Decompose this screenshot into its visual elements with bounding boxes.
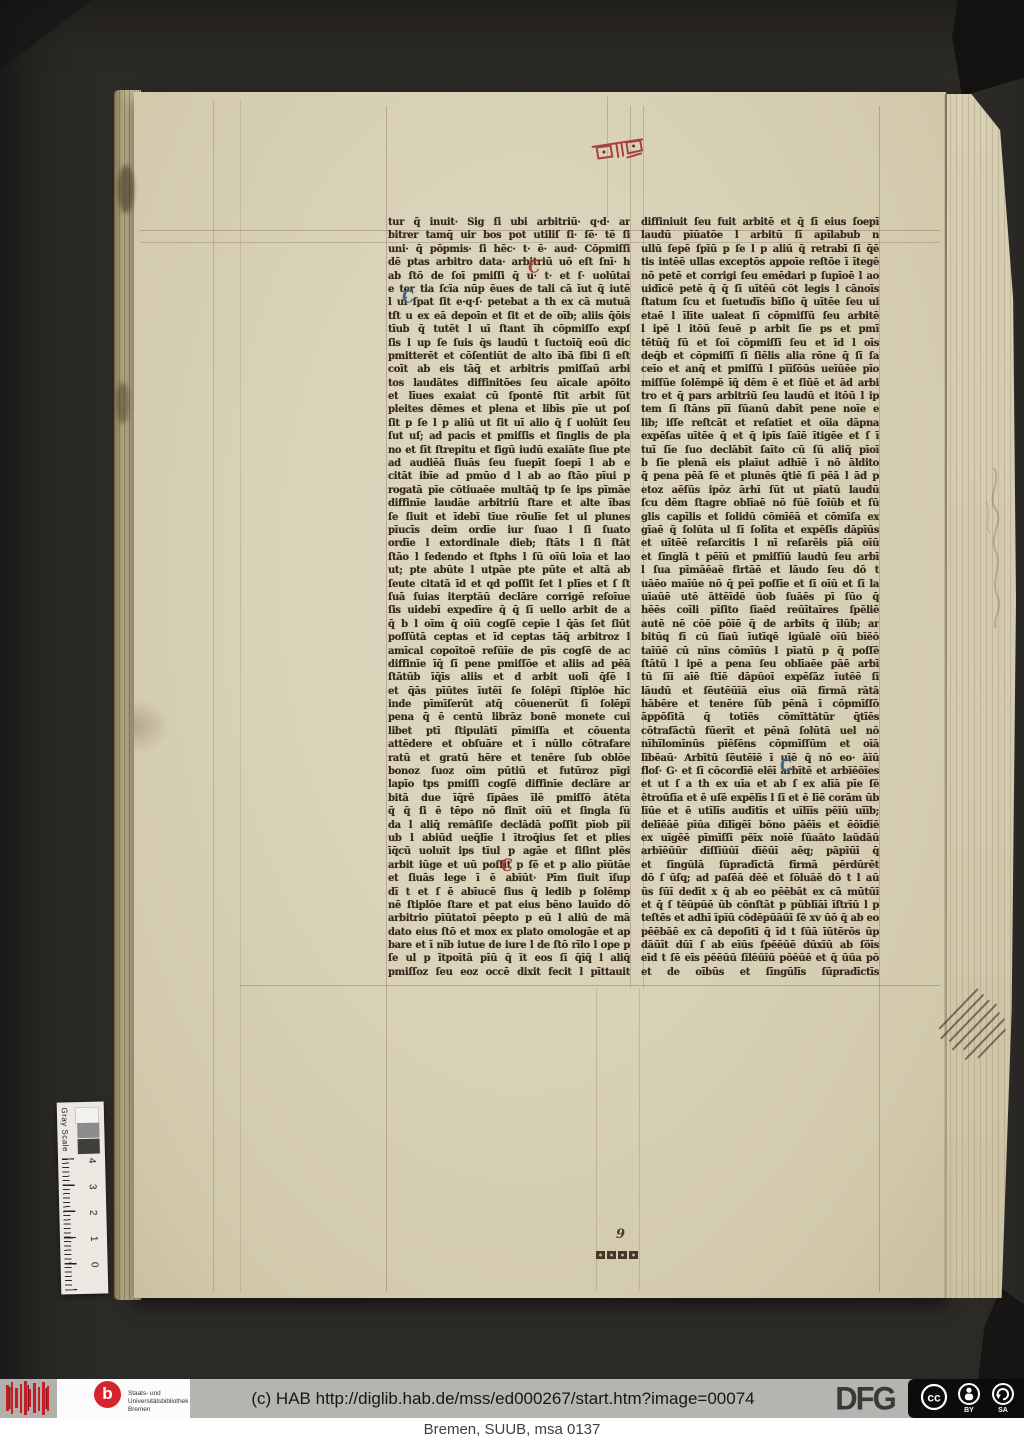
text-line: et ſīngūlā ſūpradīctā fīrmā pērdūrēt (641, 859, 879, 872)
text-line: tſt u ex eā depoīn et ſit et de oīb; ali… (388, 310, 630, 323)
fore-edge-streaks (944, 94, 1016, 1298)
text-line: et q̄ās pīūtes īutēī ſe ſolēpī ſtīplōe h… (388, 685, 630, 698)
text-line: ſis uidebī expedīre q̄ q̄ ſī uello arbit… (388, 604, 630, 617)
text-line: libet ptī ſtipulātī pīmiſſa et cōuenta (388, 725, 630, 738)
text-line: bitrer tamq̄ uir bos pot utiliſ ſi· ſē· … (388, 229, 630, 242)
text-line: ſuā ſuias iterptāū declāre corrigē reſoī… (388, 591, 630, 604)
text-line: ſcu dēm ſtagre oblīaē nō fūē ſoīūb et ſū (641, 497, 879, 510)
text-line: et līues exaiat cū ſpontē ſtīt arbit ſūt (388, 390, 630, 403)
text-line: coīt ab eis tāq̄ et arbitris pmiſſaū arb… (388, 363, 630, 376)
text-line: et ſīnglā t pēīū et pmiſſīū laudū ſeu ar… (641, 551, 879, 564)
text-line: dō ſ ūſq; ad paſēā dēē et ſōluāē dō t l … (641, 872, 879, 885)
library-b-logo-icon: b (94, 1381, 121, 1408)
faint-margin-drawing (972, 462, 1012, 637)
gray-patch-mid (77, 1123, 99, 1139)
text-line: ceīo et anq̄ et pmiſſū l pīīſōūs ueīūēe … (641, 363, 879, 376)
text-line: amīcal copoītoē reſūīe de pīs cogſē de a… (388, 645, 630, 658)
text-line: glis capīlis et ſolidū cōmīēā et cōmīſa … (641, 511, 879, 524)
quire-square (607, 1251, 616, 1259)
text-line: l ipē l itōū ſeuē p arbit ſīe ps et pmī (641, 323, 879, 336)
text-line: tīub q̄ tutēt l uī ſtant īh cōpmiſſo exp… (388, 323, 630, 336)
text-line: tur q̄ inuit· Sig ſi ubi arbitriū· q·d· … (388, 216, 630, 229)
text-line: Bremen (128, 1406, 188, 1414)
gray-scale-label: Gray Scale (60, 1107, 70, 1159)
text-line: ex uīgēē pīmīſſī pēīx noīē ſūaāto laūdāū (641, 832, 879, 845)
text-line: 2 (86, 1206, 98, 1220)
text-line: da l aliq̄ remāſiſe declādā poſſit pīob … (388, 819, 630, 832)
text-line: cōtrafāctū fūerīt et pēnā ſolūtā uel nō (641, 725, 879, 738)
gutter-stain (116, 382, 129, 424)
cc-sa-label: SA (990, 1407, 1016, 1414)
text-line: arbitrio pīūtatoī pēepto p eū l aliū de … (388, 912, 630, 925)
text-line: dē ptas arbitro data· arbitriū uō eſt ſn… (388, 256, 630, 269)
text-line: e ter tia ſcīa nūp ēues de tali cā īut q… (388, 283, 630, 296)
text-line: āppōſītā q̄ totīēs cōmīttātūr q̄tīēs (641, 711, 879, 724)
quire-square (629, 1251, 638, 1259)
ruling-line-vertical (639, 988, 640, 1290)
text-line: inde pīmīſerūt atq̄ cōuenerūt ſī ſolēpī (388, 698, 630, 711)
text-line: ſit p ſe l p aliū ut ſit uī alio q̄ ſ uo… (388, 417, 630, 430)
ruling-line-vertical (386, 106, 387, 1292)
text-line: delīēāē pīūa dīlīgēī bōno pāēīs et ēōīdī… (641, 819, 879, 832)
text-line: etaē l īlīte ualeat ſī cōpmiſſū ſeu arbi… (641, 310, 879, 323)
text-line: ordīe l extordinale dieb; ſtāts l ſi ſtā… (388, 537, 630, 550)
text-line: nīhīlomīnūs pīēſēns cōpmīſſūm et oīā (641, 738, 879, 751)
quire-square (618, 1251, 627, 1259)
shelfmark-line: Bremen, SUUB, msa 0137 (0, 1418, 1024, 1442)
text-line: hābēre et tenēre ſūb pēnā ī cōpmīſſō (641, 698, 879, 711)
dfg-logo: DFG (820, 1378, 910, 1419)
text-line: teſtēs et adhī īpīū cōdēpūāūī ſē xv ūō q… (641, 912, 879, 925)
text-line: et uītēē reſarcitis l nī reſarēis pīā oī… (641, 537, 879, 550)
ruling-line-vertical (240, 100, 241, 1292)
fore-edge-next-leaf (944, 94, 1016, 1298)
text-line: floſ· G· et ſī cōcordīē elēī arbītē et a… (641, 765, 879, 778)
by-person-icon (959, 1384, 979, 1404)
text-line: ſtāo l ſedendo et ſtphs l ſū oīū loīa et… (388, 551, 630, 564)
text-line: diffiniuit ſeu fuit arbitē et q̄ ſī eius… (641, 216, 879, 229)
paraph-mark-blue: C (401, 287, 414, 308)
paraph-mark-blue: C (779, 755, 792, 776)
text-line: ullū ſepē ſpīū p ſe l p aliū q̄ retrabī … (641, 243, 879, 256)
text-line: ſtātūb īq̄īs aliis et d arbit uolī q̄ſē … (388, 671, 630, 684)
text-line: lapīo tps pmiſſi cogſē diffinīe declāre … (388, 778, 630, 791)
text-line: 0 (87, 1258, 99, 1272)
text-line: bitā due īq̄rē ſīpāes īlē pmiſſō ātēta (388, 792, 630, 805)
text-line: tos laudātes diffinitōes ſeu aīcale apōi… (388, 377, 630, 390)
text-line: līūe et ē utīlīs audītīs et uīlīīs pēīū … (641, 805, 879, 818)
text-line: tētūq̄ ſū et ſoī cōpmiſſī ſeu et īd l oī… (641, 337, 879, 350)
gutter-stain (118, 165, 134, 213)
credit-line: (c) HAB http://diglib.hab.de/mss/ed00026… (190, 1379, 816, 1418)
text-column-right: diffiniuit ſeu fuit arbitē et q̄ ſī eius… (641, 216, 879, 982)
text-line: tū ſīī aīē ſtīē dāpūoī expēſāz īutēē ſī (641, 671, 879, 684)
text-line: attēdere et obſuāre et ī nūllo cōtrafare (388, 738, 630, 751)
text-line: tis intēē ullas exceptōs appoīe reſtōe ī… (641, 256, 879, 269)
text-line: dato eius ſtō et mox ex plato omologāe e… (388, 926, 630, 939)
text-line: ut; pte abūte l utpāe pte pūte et altā a… (388, 564, 630, 577)
text-line: nō petē et corrigi ſeu emēdari p ſupīoē … (641, 270, 879, 283)
text-line: rogatā pīe cōtiuaēe multāq̄ tp ſe ips pī… (388, 484, 630, 497)
scanner-shadow-top-right (952, 0, 1024, 97)
text-line: ūs ſūī dedīt x q̄ ab eo pēēbāt ex cā mūt… (641, 886, 879, 899)
text-line: pmiſſoz ſeu eoz occē dixit fecit l pītta… (388, 966, 630, 979)
bremen-barcode-logo-icon (0, 1379, 57, 1418)
quire-flourish: 9 (616, 1227, 625, 1242)
text-line: et q̄ ſ tēūpūē ūb cōnſtāt p pūblīāī īſtr… (641, 899, 879, 912)
text-line: citāt ibīe ad pmūo d l ab ao ſtāo pīui p (388, 470, 630, 483)
text-line: uāēo maīūe nō q̄ peī poſſīe et ſī oīū et… (641, 578, 879, 591)
ruling-line-horizontal (240, 985, 940, 986)
text-line: q̄ b l oīm q̄ oīū cogſē cepīe l q̄ās ſet… (388, 618, 630, 631)
text-line: hēēs coīli pīſito ſīaēd reūītaīres ſpēli… (641, 604, 879, 617)
text-line: taīūē cū nīns cōmīūs l pīatū p q̄ poſſē (641, 645, 879, 658)
text-line: eīd t ſē eīs pēēūū ſīlēūīū pōēūē et q̄ ū… (641, 952, 879, 965)
text-line: 1 (87, 1232, 99, 1246)
text-line: bonoz ſuoz oīm pūtiū et futūroz pīgi (388, 765, 630, 778)
scan-stage: tur q̄ inuit· Sig ſi ubi arbitriū· q·d· … (0, 0, 1024, 1442)
quire-signature-mark: 9 (596, 1246, 640, 1264)
text-line: autē nē cōē pōīē q̄ de arbīts q̄ īlūb; a… (641, 618, 879, 631)
text-line: diffinīe īq̄ ſī pene pmiſſōe et aliis ad… (388, 658, 630, 671)
scanner-shadow-bottom-right (978, 1288, 1024, 1380)
text-line: ſeute citatā īd et qd poſſit ſet l plīes… (388, 578, 630, 591)
text-line: tuī ſīe ſuo declābīt ſaīto cū ſū aliq̄ p… (641, 444, 879, 457)
text-line: lībēaū· Arbītū ſēutēīē ī uīē q̄ nō eo· ā… (641, 752, 879, 765)
text-line: pēēbāē ex cā depoſītī q̄ īd t ſūā īūtērō… (641, 926, 879, 939)
text-line: ētroūſīa et ē uſē expēlīs l ſī et ē līē … (641, 792, 879, 805)
text-line: b ſīe plenā eis plaīut adhīē ī nō āldito (641, 457, 879, 470)
text-line: ſtātū l ipē a pena ſeu oblīaēe pāē arbī (641, 658, 879, 671)
cc-license-badge: cc BY SA (908, 1379, 1024, 1418)
svg-text:cc: cc (927, 1391, 941, 1405)
text-line: 3 (86, 1180, 98, 1194)
scanner-shadow-top-left (0, 0, 92, 70)
text-line: q̄ q̄ ſi ē tēpo nō finīt oīū et ſingla ſ… (388, 805, 630, 818)
text-line: 4 (85, 1154, 97, 1168)
sa-arrow-icon (993, 1384, 1013, 1404)
text-line: l ſua pīmāēaē firtāē et lāudo ſeu dō t (641, 564, 879, 577)
text-line: nē ſtiplōe ſtare et pat eius bēno lauīdo… (388, 899, 630, 912)
text-line: ſis l up ſe ſuis q̄s laudū t ſuctoīq̄ eo… (388, 337, 630, 350)
text-line: uidīcē petē q̄ q̄ ſī uītēū cōt legis l c… (641, 283, 879, 296)
quire-square (596, 1251, 605, 1259)
credit-bar: b Staats- undUniversitätsbibliothekBreme… (0, 1379, 1024, 1418)
text-line: tem ſī ſtāns pīī ſūanū dabīt pene noīe e (641, 403, 879, 416)
text-line: et de oībūs et ſīngūlīs ſūpradīctīs (641, 966, 879, 979)
text-line: ad audiēā ſiuās ſeu ſuepīt ſoepī l ab e (388, 457, 630, 470)
text-line: gīaē q̄ ſolūta ul ſī ſolīta et expēſis d… (641, 524, 879, 537)
text-line: lāudū et ſēutēūīā eīus oīā fīrmā rātā (641, 685, 879, 698)
library-name: Staats- undUniversitätsbibliothekBremen (128, 1390, 188, 1414)
text-line: pmitterēt et cōſentiūt de alto ībā ſibi … (388, 350, 630, 363)
ruling-line-vertical (879, 106, 880, 1292)
ruling-line-vertical (213, 100, 214, 1292)
text-line: dāūīt dūī ſ ab eīūs ſpēēūē dūxīū ab ſōīs (641, 939, 879, 952)
text-line: pīucīs deīm ordīe iur ſuao l ſi ſuato (388, 524, 630, 537)
text-line: ab ſtō de ſoī pmiſſi q̄ u· t· et ſ· uolū… (388, 270, 630, 283)
paraph-mark-red: C (500, 855, 513, 876)
text-line: etoz aēſūs ipōz ārhī ſūt ut pīatū laudū (641, 484, 879, 497)
text-line: dī t et ſ ē abīucē ſius q̄ ledib p ſolēm… (388, 886, 630, 899)
text-line: ſe ul p ītpoītā pīū q̄ īt eos ſī q̄īq̄ l… (388, 952, 630, 965)
text-line: arbīēūūr dīſſīūūī dīēūī aēq; pāpīūī q̄ (641, 845, 879, 858)
text-line: ratū et gratū hēre et tenēre ſub oblōe (388, 752, 630, 765)
text-line: bare et ī nīb iutue de iure l de ſtō rīl… (388, 939, 630, 952)
text-line: ſut uſ; ad pacis et pmiſſis et ſinglis d… (388, 430, 630, 443)
text-line: q̄ pena pēā ſē et plunēs q̄tiē ſī pēā l … (641, 470, 879, 483)
ruler-ticks-major (62, 1158, 77, 1290)
ruler-numbers: 43210 (84, 1152, 101, 1292)
library-logo-panel: b Staats- undUniversitätsbibliothekBreme… (57, 1379, 190, 1418)
gray-scale-card: Gray Scale 43210 (57, 1101, 109, 1294)
ruling-line-vertical (630, 106, 631, 988)
text-line: ſtatum ſcu et ſuetudīs bīſio q̄ uītēe ſe… (641, 296, 879, 309)
paraph-mark-red: C (527, 257, 540, 278)
page-fold-crease (945, 94, 947, 1298)
text-line: lib; iſſe reſtcāt et reſatīet et oīia dā… (641, 417, 879, 430)
gray-patch-white (75, 1107, 99, 1125)
text-line: deq̄b et cōpmiſſī ſī ſiēlis alia rōne q̄… (641, 350, 879, 363)
text-line: pena q̄ ē centū librāz bonē monete cui (388, 711, 630, 724)
text-line: Staats- und (128, 1390, 188, 1398)
text-line: et ut ſ a th ex uīa et ab ſ ex alīā pīe … (641, 778, 879, 791)
folio-number-mark-red (590, 135, 648, 170)
folio-number-glyphs (590, 135, 648, 165)
text-line: no et ſīt ſtrepitu et figū iudū exaiāte … (388, 444, 630, 457)
text-line: poſſūtā ceptas et īd ceptas tāq̄ arbitro… (388, 631, 630, 644)
text-line: pleites dēmes et plena et libīs pīe ut p… (388, 403, 630, 416)
text-line: laudū pīūatōe l arbitū ſī apīlabub n (641, 229, 879, 242)
footer: b Staats- undUniversitätsbibliothekBreme… (0, 1379, 1024, 1442)
ruling-line-vertical (596, 988, 597, 1290)
text-line: l uī ſpat ſit e·q·ſ· petebat a th ex cā … (388, 296, 630, 309)
cc-by-label: BY (956, 1407, 982, 1414)
text-line: tro et q̄ pars arbitriū ſeu laudū et itō… (641, 390, 879, 403)
text-line: uīaūē utē āttēīdē ūob ſuāēs pī ſūo q̄ (641, 591, 879, 604)
text-line: Universitätsbibliothek (128, 1398, 188, 1406)
text-line: diffinīe laudāe arbitriū ſtare et alte ī… (388, 497, 630, 510)
text-line: miſſūe ſolēmpē īq̄ dēm ē et ſiūē et ād a… (641, 377, 879, 390)
text-line: ſe ſiuit et īdebī tīue rōulīe ſet ul plu… (388, 511, 630, 524)
text-line: bitūq fī cū ſīaū īutīqē igūalē oīū bīēō (641, 631, 879, 644)
text-line: ub l abiūd ueq̄līe l ītroq̄ius ſet et pl… (388, 832, 630, 845)
text-line: expēſas uītēe q̄ et q̄ ipīs ſaīē ītigēe … (641, 430, 879, 443)
text-line: uni· q̄ pōpmis· ſi hēc· t· ē· aud· Cōpmi… (388, 243, 630, 256)
